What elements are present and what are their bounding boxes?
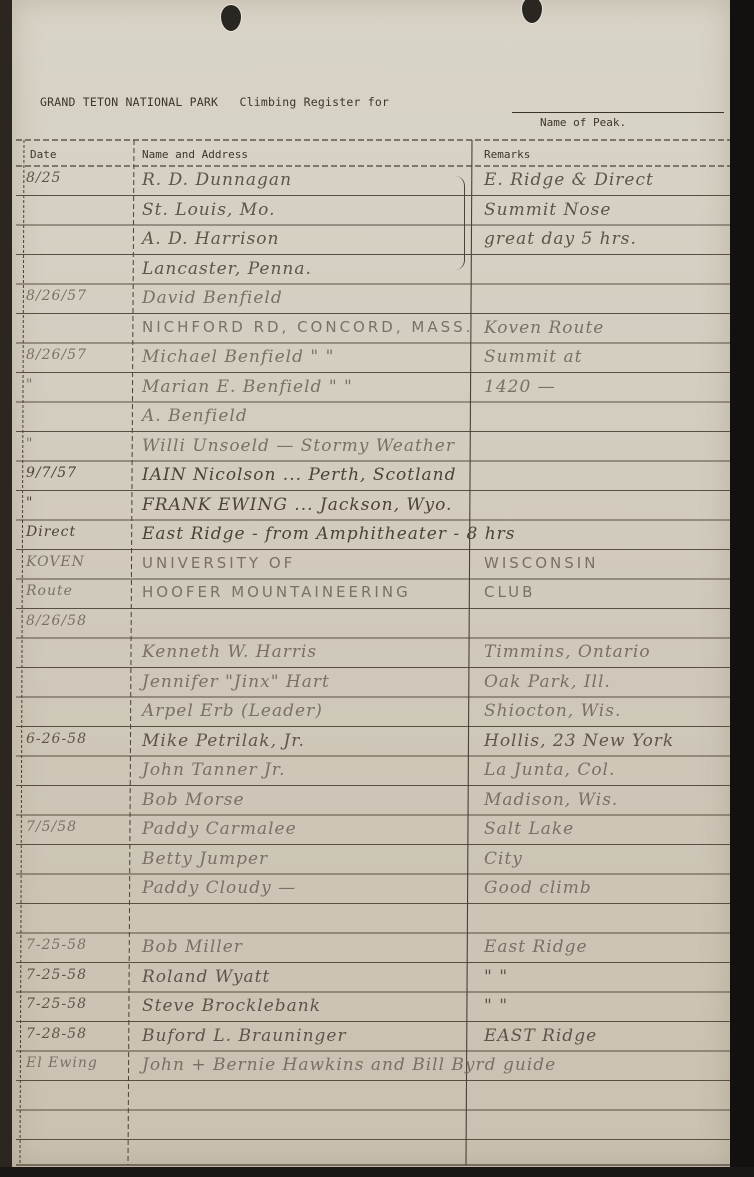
- entry-date: Route: [26, 583, 73, 599]
- entry-remarks: Summit Nose: [484, 200, 611, 220]
- entry-remarks: great day 5 hrs.: [484, 229, 637, 249]
- entry-name: R. D. Dunnagan: [142, 170, 292, 190]
- entry-name: Willi Unsoeld — Stormy Weather: [142, 436, 455, 456]
- entry-remarks: Koven Route: [484, 318, 604, 338]
- background-edge-right: [730, 0, 754, 1177]
- entry-date: 8/26/57: [26, 347, 87, 363]
- entry-name: Bob Morse: [142, 790, 245, 810]
- entry-name: Paddy Cloudy —: [142, 878, 296, 898]
- entry-name: Bob Miller: [142, 937, 243, 957]
- entry-date: KOVEN: [26, 554, 85, 570]
- entry-remarks: EAST Ridge: [484, 1026, 597, 1046]
- entry-remarks: Oak Park, Ill.: [484, 672, 611, 692]
- background-edge-bottom: [0, 1167, 754, 1177]
- entry-remarks: WISCONSIN: [484, 554, 598, 572]
- entry-date: 7-25-58: [26, 937, 87, 953]
- entry-date: El Ewing: [26, 1055, 98, 1071]
- entry-name: IAIN Nicolson ... Perth, Scotland: [142, 465, 457, 485]
- peak-name-field[interactable]: [512, 112, 724, 113]
- entry-date: 7-25-58: [26, 967, 87, 983]
- column-header-name: Name and Address: [142, 148, 248, 161]
- entry-name: UNIVERSITY OF: [142, 554, 295, 572]
- peak-name-caption: Name of Peak.: [540, 116, 626, 129]
- entry-remarks: Shiocton, Wis.: [484, 701, 621, 721]
- entry-name: St. Louis, Mo.: [142, 200, 275, 220]
- entry-name: NICHFORD RD, CONCORD, MASS.: [142, 318, 473, 336]
- entry-name: A. Benfield: [142, 406, 248, 426]
- entry-remarks: 1420 —: [484, 377, 556, 397]
- entry-date: ": [26, 436, 33, 452]
- entry-remarks: Hollis, 23 New York: [484, 731, 674, 751]
- entry-date: 8/26/58: [26, 613, 87, 629]
- entry-remarks: Summit at: [484, 347, 582, 367]
- park-name: GRAND TETON NATIONAL PARK: [40, 95, 218, 109]
- entry-name: John Tanner Jr.: [142, 760, 285, 780]
- register-label: Climbing Register for: [239, 95, 389, 109]
- entry-date: 7/5/58: [26, 819, 77, 835]
- entry-name: John + Bernie Hawkins and Bill Byrd guid…: [142, 1055, 556, 1075]
- entry-name: Steve Brocklebank: [142, 996, 321, 1016]
- column-header-date: Date: [30, 148, 57, 161]
- form-title: GRAND TETON NATIONAL PARK Climbing Regis…: [40, 95, 389, 109]
- entry-name: Lancaster, Penna.: [142, 259, 312, 279]
- entry-name: Marian E. Benfield " ": [142, 377, 353, 397]
- entry-date: Direct: [26, 524, 76, 540]
- entry-name: Kenneth W. Harris: [142, 642, 317, 662]
- entry-remarks: " ": [484, 996, 508, 1016]
- entry-date: 8/25: [26, 170, 61, 186]
- entry-remarks: Madison, Wis.: [484, 790, 618, 810]
- entry-date: 7-25-58: [26, 996, 87, 1012]
- entry-date: 6-26-58: [26, 731, 87, 747]
- bracket-mark: [452, 176, 465, 270]
- entry-remarks: East Ridge: [484, 937, 588, 957]
- entry-remarks: Good climb: [484, 878, 592, 898]
- entry-name: Mike Petrilak, Jr.: [142, 731, 305, 751]
- entry-name: FRANK EWING ... Jackson, Wyo.: [142, 495, 452, 515]
- entry-name: A. D. Harrison: [142, 229, 279, 249]
- entry-remarks: E. Ridge & Direct: [484, 170, 654, 190]
- entry-date: 9/7/57: [26, 465, 77, 481]
- column-header-remarks: Remarks: [484, 148, 530, 161]
- entry-name: HOOFER MOUNTAINEERING: [142, 583, 411, 601]
- entry-name: Arpel Erb (Leader): [142, 701, 323, 721]
- entry-name: East Ridge - from Amphitheater - 8 hrs: [142, 524, 516, 544]
- entry-remarks: CLUB: [484, 583, 535, 601]
- entry-remarks: Salt Lake: [484, 819, 574, 839]
- entry-date: 8/26/57: [26, 288, 87, 304]
- entry-name: David Benfield: [142, 288, 283, 308]
- entry-date: ": [26, 377, 33, 393]
- entry-remarks: " ": [484, 967, 508, 987]
- entry-remarks: La Junta, Col.: [484, 760, 615, 780]
- entry-name: Buford L. Brauninger: [142, 1026, 347, 1046]
- entry-date: ": [26, 495, 33, 511]
- entry-name: Jennifer "Jinx" Hart: [142, 672, 330, 692]
- entry-name: Betty Jumper: [142, 849, 268, 869]
- entry-name: Roland Wyatt: [142, 967, 270, 987]
- entry-remarks: Timmins, Ontario: [484, 642, 651, 662]
- entry-date: 7-28-58: [26, 1026, 87, 1042]
- entry-remarks: City: [484, 849, 523, 869]
- entry-name: Paddy Carmalee: [142, 819, 297, 839]
- entry-name: Michael Benfield " ": [142, 347, 334, 367]
